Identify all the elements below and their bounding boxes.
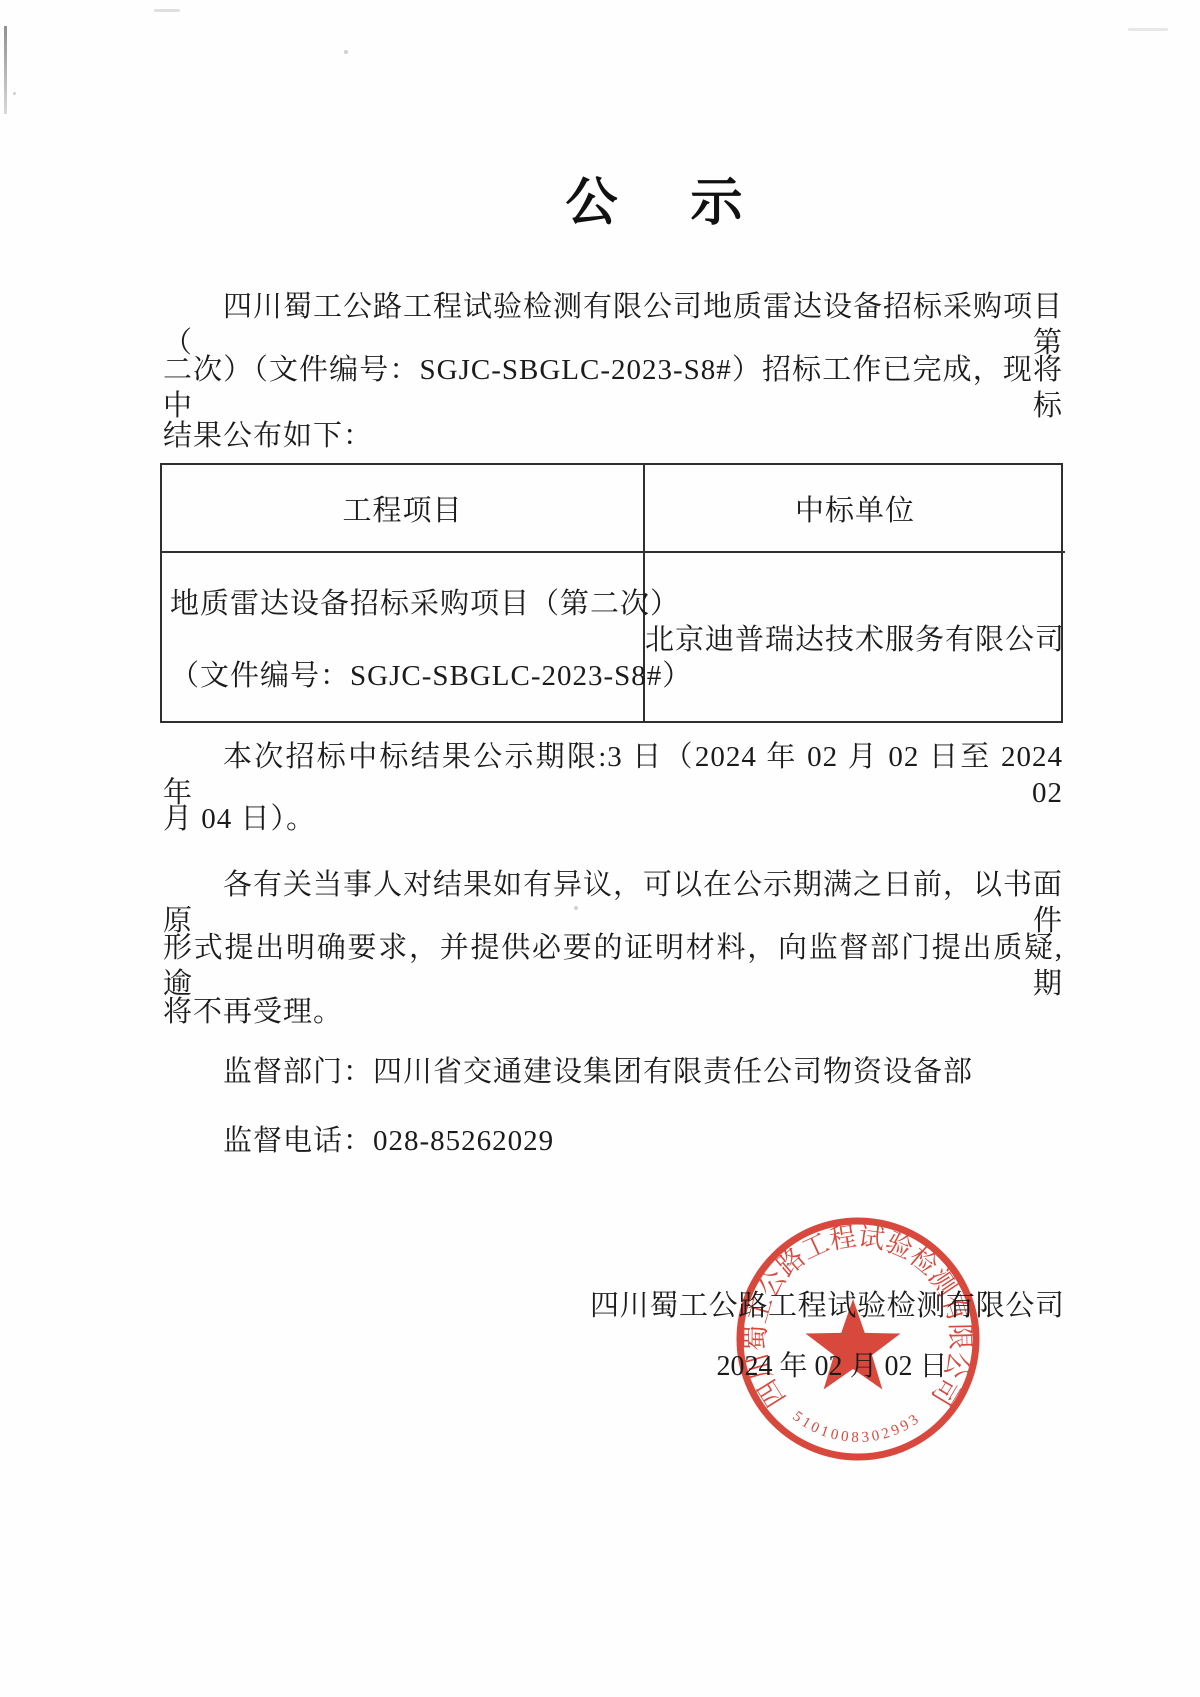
announcement-document: 公 示 四川蜀工公路工程试验检测有限公司地质雷达设备招标采购项目（第 二次）（文… [0,0,1200,1697]
scan-streak-artifact [154,9,180,12]
supervision-phone-line: 监督电话：028-85262029 [163,1123,1063,1159]
table-header-project: 工程项目 [162,465,645,553]
company-seal: 四川蜀工公路工程试验检测有限公司 5101008302993 [729,1210,987,1468]
page-title: 公 示 [150,160,1166,235]
table-cell-project: 地质雷达设备招标采购项目（第二次） （文件编号：SGJC-SBGLC-2023-… [162,553,645,721]
intro-line-3: 结果公布如下： [163,418,1063,454]
objection-line-2: 形式提出明确要求，并提供必要的证明材料，向监督部门提出质疑,逾期 [163,930,1063,966]
period-line-2: 月 04 日）。 [163,801,1063,837]
intro-line-1: 四川蜀工公路工程试验检测有限公司地质雷达设备招标采购项目（第 [163,289,1063,325]
project-name-line: 地质雷达设备招标采购项目（第二次） [170,581,639,622]
scan-streak-artifact [1128,28,1168,31]
scan-edge-artifact [4,26,7,114]
signature-company: 四川蜀工公路工程试验检测有限公司 [590,1288,1064,1324]
project-doc-number-line: （文件编号：SGJC-SBGLC-2023-S8#） [170,653,639,694]
objection-line-3: 将不再受理。 [163,994,1063,1030]
intro-line-2: 二次）（文件编号：SGJC-SBGLC-2023-S8#）招标工作已完成，现将中… [163,352,1063,388]
scan-dot-artifact [13,92,16,95]
supervision-department-line: 监督部门：四川省交通建设集团有限责任公司物资设备部 [163,1054,1063,1090]
period-line-1: 本次招标中标结果公示期限:3 日（2024 年 02 月 02 日至 2024 … [163,739,1063,775]
table-cell-winner: 北京迪普瑞达技术服务有限公司 [645,553,1065,721]
bid-result-table: 工程项目 中标单位 地质雷达设备招标采购项目（第二次） （文件编号：SGJC-S… [160,463,1063,723]
objection-line-1: 各有关当事人对结果如有异议，可以在公示期满之日前，以书面原件 [163,867,1063,903]
seal-code-text: 5101008302993 [789,1408,924,1446]
signature-date: 2024 年 02 月 02 日 [702,1349,962,1385]
svg-text:5101008302993: 5101008302993 [789,1408,924,1446]
scan-dot-artifact [344,50,348,54]
table-header-winner: 中标单位 [645,465,1065,553]
